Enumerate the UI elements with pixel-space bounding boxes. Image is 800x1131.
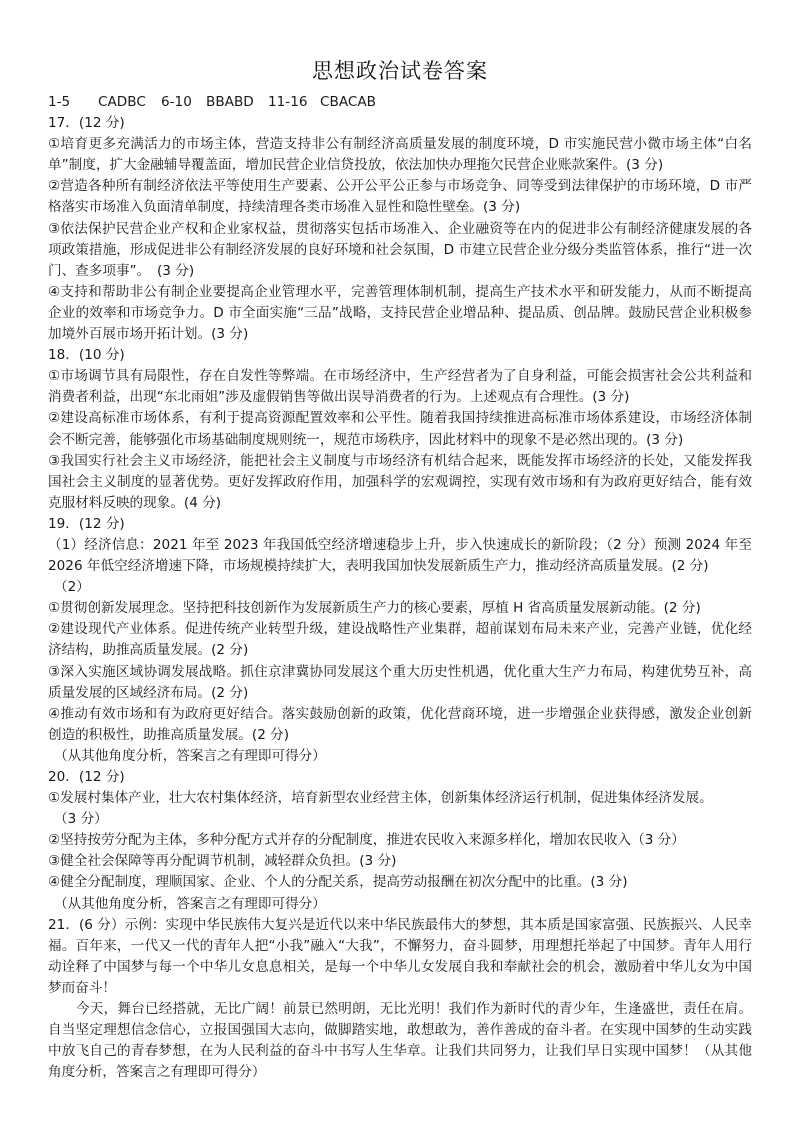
answer-point: ④推动有效市场和有为政府更好结合。落实鼓励创新的政策，优化营商环境，进一步增强企…: [48, 704, 752, 746]
mc-range-1: 1-5: [48, 92, 98, 113]
grading-note: （从其他角度分析，答案言之有理即可得分）: [48, 894, 752, 915]
mc-range-3: 11-16: [268, 92, 320, 113]
question-header: 17．(12 分): [48, 113, 752, 134]
question-18: 18．(10 分) ①市场调节具有局限性，存在自发性等弊端。在市场经济中，生产经…: [48, 345, 752, 514]
grading-note: （从其他角度分析，答案言之有理即可得分）: [48, 746, 752, 767]
question-header: 20．(12 分): [48, 767, 752, 788]
answer-point: ②建设高标准市场体系，有利于提高资源配置效率和公平性。随着我国持续推进高标准市场…: [48, 408, 752, 450]
sub-question-2-label: （2）: [48, 577, 752, 598]
answer-point: ②建设现代产业体系。促进传统产业转型升级，建设战略性产业集群，超前谋划布局未来产…: [48, 619, 752, 661]
mc-answers-3: CBACAB: [320, 92, 376, 113]
answer-score: （3 分）: [48, 809, 752, 830]
essay-paragraph: 21．(6 分）示例：实现中华民族伟大复兴是近代以来中华民族最伟大的梦想，其本质…: [48, 915, 752, 999]
answer-point: ③我国实行社会主义市场经济，能把社会主义制度与市场经济有机结合起来，既能发挥市场…: [48, 451, 752, 514]
answer-point: ①市场调节具有局限性，存在自发性等弊端。在市场经济中，生产经营者为了自身利益，可…: [48, 366, 752, 408]
answer-point: ③依法保护民营企业产权和企业家权益，贯彻落实包括市场准入、企业融资等在内的促进非…: [48, 219, 752, 282]
question-header: 19．(12 分): [48, 514, 752, 535]
answer-point: ①培育更多充满活力的市场主体，营造支持非公有制经济高质量发展的制度环境，D 市实…: [48, 134, 752, 176]
answer-point: ①贯彻创新发展理念。坚持把科技创新作为发展新质生产力的核心要素，厚植 H 省高质…: [48, 598, 752, 619]
question-20: 20．(12 分) ①发展村集体产业，壮大农村集体经济，培育新型农业经营主体，创…: [48, 767, 752, 915]
answer-point: ①发展村集体产业，壮大农村集体经济，培育新型农业经营主体，创新集体经济运行机制，…: [48, 788, 752, 809]
sub-question-1-answer: （1）经济信息：2021 年至 2023 年我国低空经济增速稳步上升，步入快速成…: [48, 535, 752, 577]
document-title: 思想政治试卷答案: [48, 56, 752, 86]
answer-point: ③健全社会保障等再分配调节机制，减轻群众负担。(3 分): [48, 851, 752, 872]
question-21: 21．(6 分）示例：实现中华民族伟大复兴是近代以来中华民族最伟大的梦想，其本质…: [48, 915, 752, 1084]
answer-point: ②坚持按劳分配为主体，多种分配方式并存的分配制度，推进农民收入来源多样化，增加农…: [48, 830, 752, 851]
mc-answers-2: BBABD: [206, 92, 268, 113]
question-header: 18．(10 分): [48, 345, 752, 366]
answer-point: ②营造各种所有制经济依法平等使用生产要素、公开公平公正参与市场竞争、同等受到法律…: [48, 176, 752, 218]
answer-sheet-page: 思想政治试卷答案 1-5 CADBC 6-10 BBABD 11-16 CBAC…: [48, 56, 752, 1083]
answer-point: ④支持和帮助非公有制企业要提高企业管理水平，完善管理体制机制，提高生产技术水平和…: [48, 282, 752, 345]
answer-point: ③深入实施区域协调发展战略。抓住京津冀协同发展这个重大历史性机遇，优化重大生产力…: [48, 662, 752, 704]
answer-point: ④健全分配制度，理顺国家、企业、个人的分配关系，提高劳动报酬在初次分配中的比重。…: [48, 872, 752, 893]
mc-range-2: 6-10: [161, 92, 206, 113]
question-17: 17．(12 分) ①培育更多充满活力的市场主体，营造支持非公有制经济高质量发展…: [48, 113, 752, 345]
question-19: 19．(12 分) （1）经济信息：2021 年至 2023 年我国低空经济增速…: [48, 514, 752, 767]
essay-paragraph: 今天，舞台已经搭就，无比广阔！前景已然明朗，无比光明！我们作为新时代的青少年，生…: [48, 999, 752, 1083]
multiple-choice-answers: 1-5 CADBC 6-10 BBABD 11-16 CBACAB: [48, 92, 752, 113]
mc-answers-1: CADBC: [98, 92, 161, 113]
